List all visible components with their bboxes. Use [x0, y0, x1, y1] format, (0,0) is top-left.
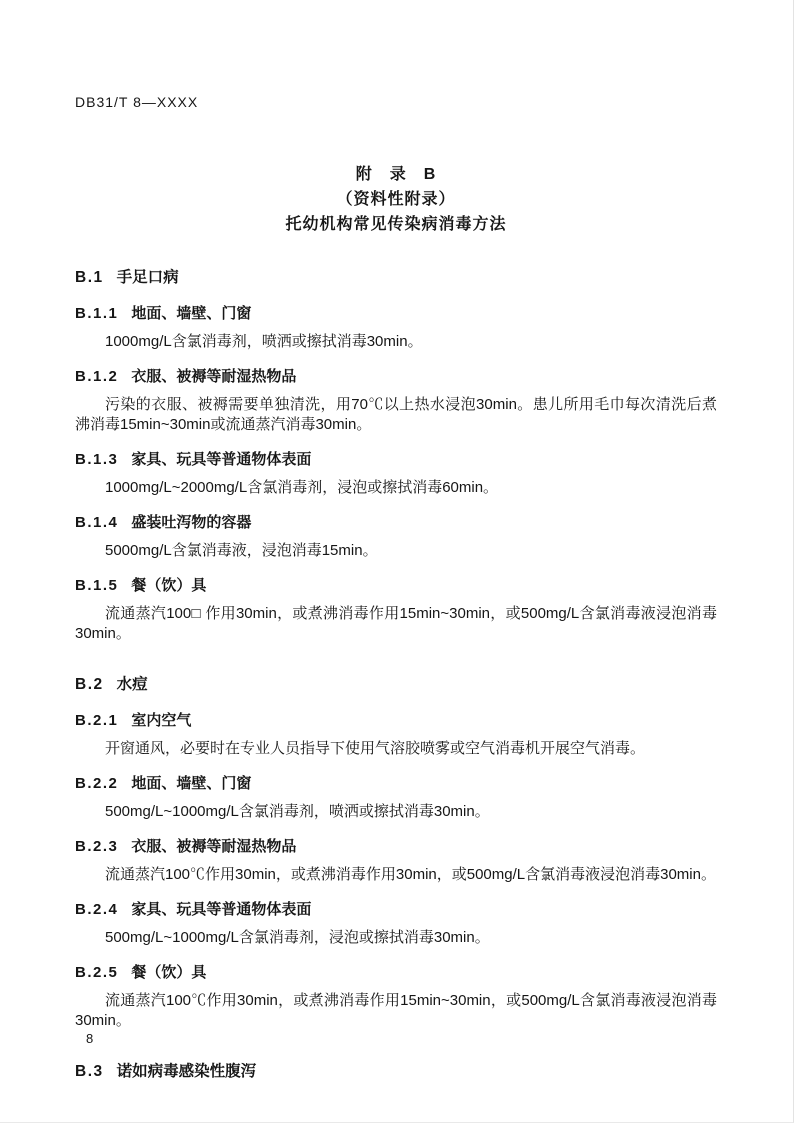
paragraph: 开窗通风，必要时在专业人员指导下使用气溶胶喷雾或空气消毒机开展空气消毒。 — [75, 739, 717, 759]
paragraph: 5000mg/L含氯消毒液，浸泡消毒15min。 — [75, 541, 717, 561]
subsection-heading: B.1.2衣服、被褥等耐湿热物品 — [75, 366, 717, 388]
section-heading: B.1手足口病 — [75, 267, 717, 289]
section: B.1手足口病B.1.1地面、墙壁、门窗1000mg/L含氯消毒剂，喷洒或擦拭消… — [75, 267, 717, 644]
appendix-type: （资料性附录） — [75, 187, 717, 212]
sections: B.1手足口病B.1.1地面、墙壁、门窗1000mg/L含氯消毒剂，喷洒或擦拭消… — [75, 267, 717, 1083]
subsection-heading: B.2.5餐（饮）具 — [75, 962, 717, 984]
subsection-number: B.2.5 — [75, 964, 118, 981]
subsection-heading: B.2.3衣服、被褥等耐湿热物品 — [75, 836, 717, 858]
subsection-title: 餐（饮）具 — [131, 964, 206, 981]
paragraph: 流通蒸汽100℃作用30min，或煮沸消毒作用15min~30min，或500m… — [75, 991, 717, 1031]
subsection-number: B.1.5 — [75, 577, 118, 594]
subsection-title: 家具、玩具等普通物体表面 — [131, 901, 311, 918]
subsection-heading: B.2.1室内空气 — [75, 710, 717, 732]
subsection-number: B.2.4 — [75, 901, 118, 918]
subsection-number: B.1.4 — [75, 514, 118, 531]
subsection-heading: B.2.4家具、玩具等普通物体表面 — [75, 899, 717, 921]
subsection-heading: B.2.2地面、墙壁、门窗 — [75, 773, 717, 795]
section: B.2水痘B.2.1室内空气开窗通风，必要时在专业人员指导下使用气溶胶喷雾或空气… — [75, 674, 717, 1031]
subsection-title: 衣服、被褥等耐湿热物品 — [131, 838, 296, 855]
subsection-title: 地面、墙壁、门窗 — [131, 305, 251, 322]
section-title: 诺如病毒感染性腹泻 — [117, 1063, 257, 1080]
paragraph: 污染的衣服、被褥需要单独清洗，用70℃以上热水浸泡30min。患儿所用毛巾每次清… — [75, 395, 717, 435]
subsection-heading: B.1.4盛装吐泻物的容器 — [75, 512, 717, 534]
subsection-heading: B.1.5餐（饮）具 — [75, 575, 717, 597]
paragraph: 1000mg/L~2000mg/L含氯消毒剂，浸泡或擦拭消毒60min。 — [75, 478, 717, 498]
page-number: 8 — [86, 1031, 93, 1046]
appendix-title: 附 录 B — [75, 162, 717, 187]
subsection-number: B.2.1 — [75, 712, 118, 729]
subsection-title: 家具、玩具等普通物体表面 — [131, 451, 311, 468]
appendix-title-block: 附 录 B （资料性附录） 托幼机构常见传染病消毒方法 — [75, 162, 717, 237]
section-title: 手足口病 — [117, 269, 179, 286]
paragraph: 流通蒸汽100℃作用30min，或煮沸消毒作用30min，或500mg/L含氯消… — [75, 865, 717, 885]
section-number: B.1 — [75, 269, 104, 286]
subsection-number: B.1.1 — [75, 305, 118, 322]
section-title: 水痘 — [117, 676, 148, 693]
subsection-title: 餐（饮）具 — [131, 577, 206, 594]
paragraph: 500mg/L~1000mg/L含氯消毒剂，喷洒或擦拭消毒30min。 — [75, 802, 717, 822]
document-content: 附 录 B （资料性附录） 托幼机构常见传染病消毒方法 B.1手足口病B.1.1… — [75, 162, 717, 1083]
document-code: DB31/T 8—XXXX — [75, 94, 198, 110]
section-number: B.2 — [75, 676, 104, 693]
subsection-title: 室内空气 — [131, 712, 191, 729]
section-heading: B.3诺如病毒感染性腹泻 — [75, 1061, 717, 1083]
appendix-subject: 托幼机构常见传染病消毒方法 — [75, 212, 717, 237]
section-number: B.3 — [75, 1063, 104, 1080]
paragraph: 流通蒸汽100□ 作用30min，或煮沸消毒作用15min~30min，或500… — [75, 604, 717, 644]
section-heading: B.2水痘 — [75, 674, 717, 696]
paragraph: 1000mg/L含氯消毒剂，喷洒或擦拭消毒30min。 — [75, 332, 717, 352]
subsection-number: B.1.3 — [75, 451, 118, 468]
subsection-number: B.2.2 — [75, 775, 118, 792]
subsection-number: B.2.3 — [75, 838, 118, 855]
paragraph: 500mg/L~1000mg/L含氯消毒剂，浸泡或擦拭消毒30min。 — [75, 928, 717, 948]
subsection-title: 盛装吐泻物的容器 — [131, 514, 251, 531]
subsection-title: 地面、墙壁、门窗 — [131, 775, 251, 792]
subsection-heading: B.1.1地面、墙壁、门窗 — [75, 303, 717, 325]
subsection-number: B.1.2 — [75, 368, 118, 385]
subsection-heading: B.1.3家具、玩具等普通物体表面 — [75, 449, 717, 471]
document-page: DB31/T 8—XXXX 附 录 B （资料性附录） 托幼机构常见传染病消毒方… — [0, 0, 794, 1123]
section: B.3诺如病毒感染性腹泻 — [75, 1061, 717, 1083]
subsection-title: 衣服、被褥等耐湿热物品 — [131, 368, 296, 385]
